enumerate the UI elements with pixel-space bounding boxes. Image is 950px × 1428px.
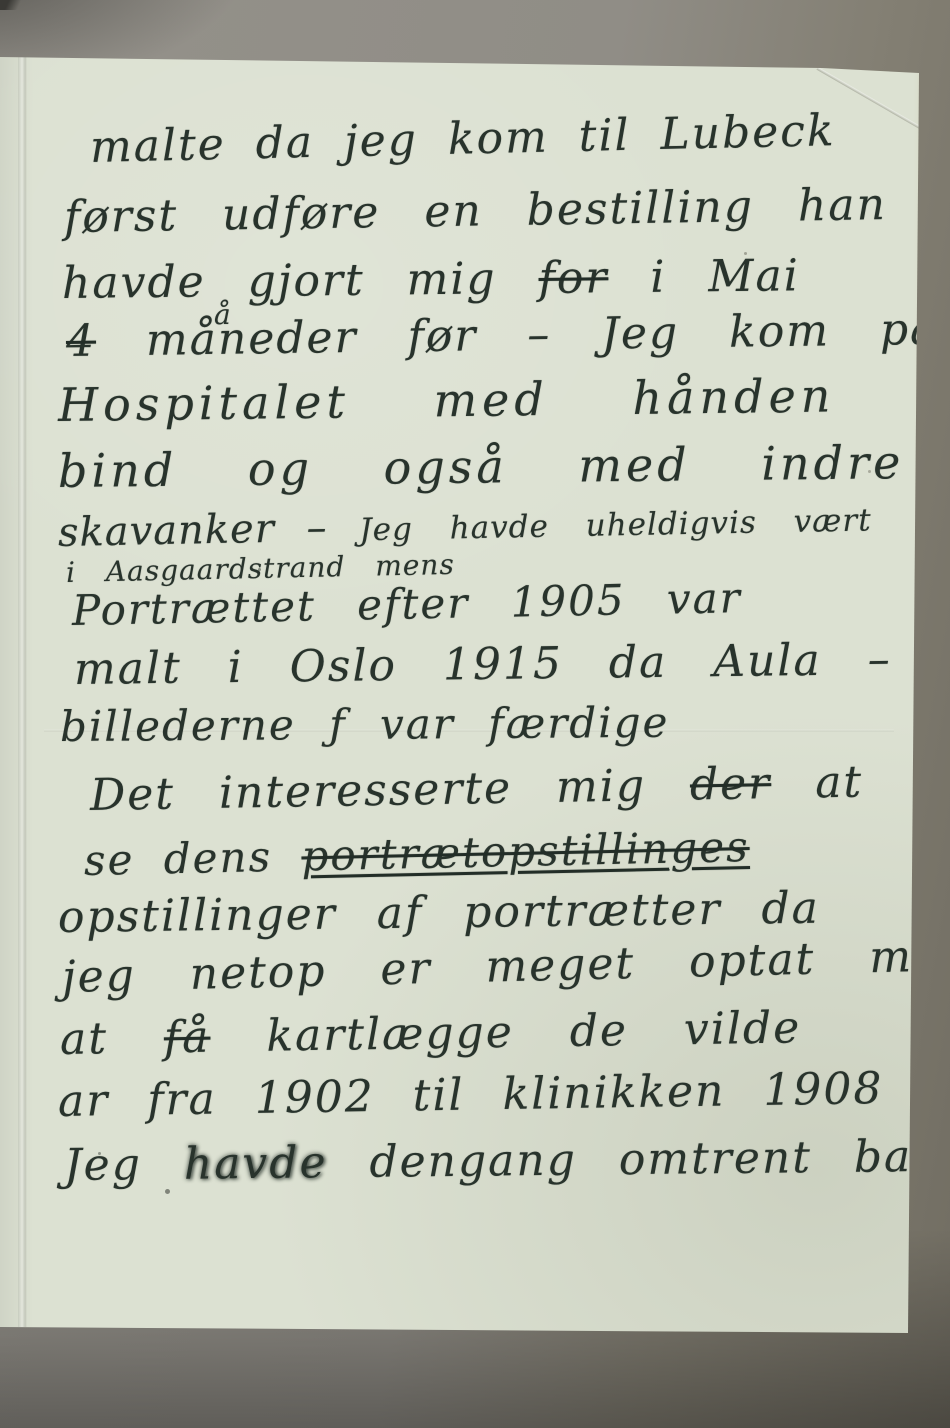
handwriting-line-15: at få kartlægge de vilde xyxy=(60,1002,802,1065)
handwriting-line-2: først udføre en bestilling han xyxy=(64,179,888,243)
scan-background: malte da jeg kom til Lubeck først udføre… xyxy=(0,0,950,1428)
handwriting-line-12: se dens portrætopstillinges xyxy=(83,822,750,885)
manuscript-scan-page: { "document": { "kind": "handwritten man… xyxy=(0,0,950,1428)
handwriting-line-10: billederne ƒ var færdige xyxy=(60,698,670,751)
handwriting-line-6: bind og også med indre xyxy=(58,435,905,498)
struck-underlined-word: portrætopstillinges xyxy=(301,822,750,880)
handwriting-line-7: skavanker – Jeg havde uheldigvis vært xyxy=(58,494,872,556)
smaller-script: Jeg havde uheldigvis vært xyxy=(359,502,872,548)
struck-word: der xyxy=(690,758,772,810)
handwriting-line-1: malte da jeg kom til Lubeck xyxy=(89,105,836,173)
handwriting-line-11: Det interesserte mig der at xyxy=(90,757,864,821)
vertical-fold-crease xyxy=(18,57,27,1327)
struck-word: få xyxy=(163,1012,210,1064)
handwriting-line-9: malt i Oslo 1915 da Aula – xyxy=(74,634,892,695)
handwriting-line-16: ar fra 1902 til klinikken 1908 xyxy=(58,1063,884,1127)
handwriting-line-5: Hospitalet med hånden i xyxy=(58,367,939,432)
struck-numeral: 4 xyxy=(66,316,97,367)
struck-word: for xyxy=(538,252,608,304)
handwriting-line-4: 4 måneder før – Jeg kom på xyxy=(66,304,939,367)
smudged-word: havde xyxy=(184,1137,328,1190)
scan-edge-artifact xyxy=(0,0,26,10)
handwriting-line-3: havde gjort mig for i Mai xyxy=(62,250,800,309)
paper-sheet: malte da jeg kom til Lubeck først udføre… xyxy=(0,0,950,1428)
handwriting-line-13: opstillinger af portrætter da xyxy=(58,883,820,943)
handwriting-line-17: Jeg havde dengang omtrent bare xyxy=(64,1131,950,1191)
superscript-insertion: å xyxy=(214,298,231,331)
